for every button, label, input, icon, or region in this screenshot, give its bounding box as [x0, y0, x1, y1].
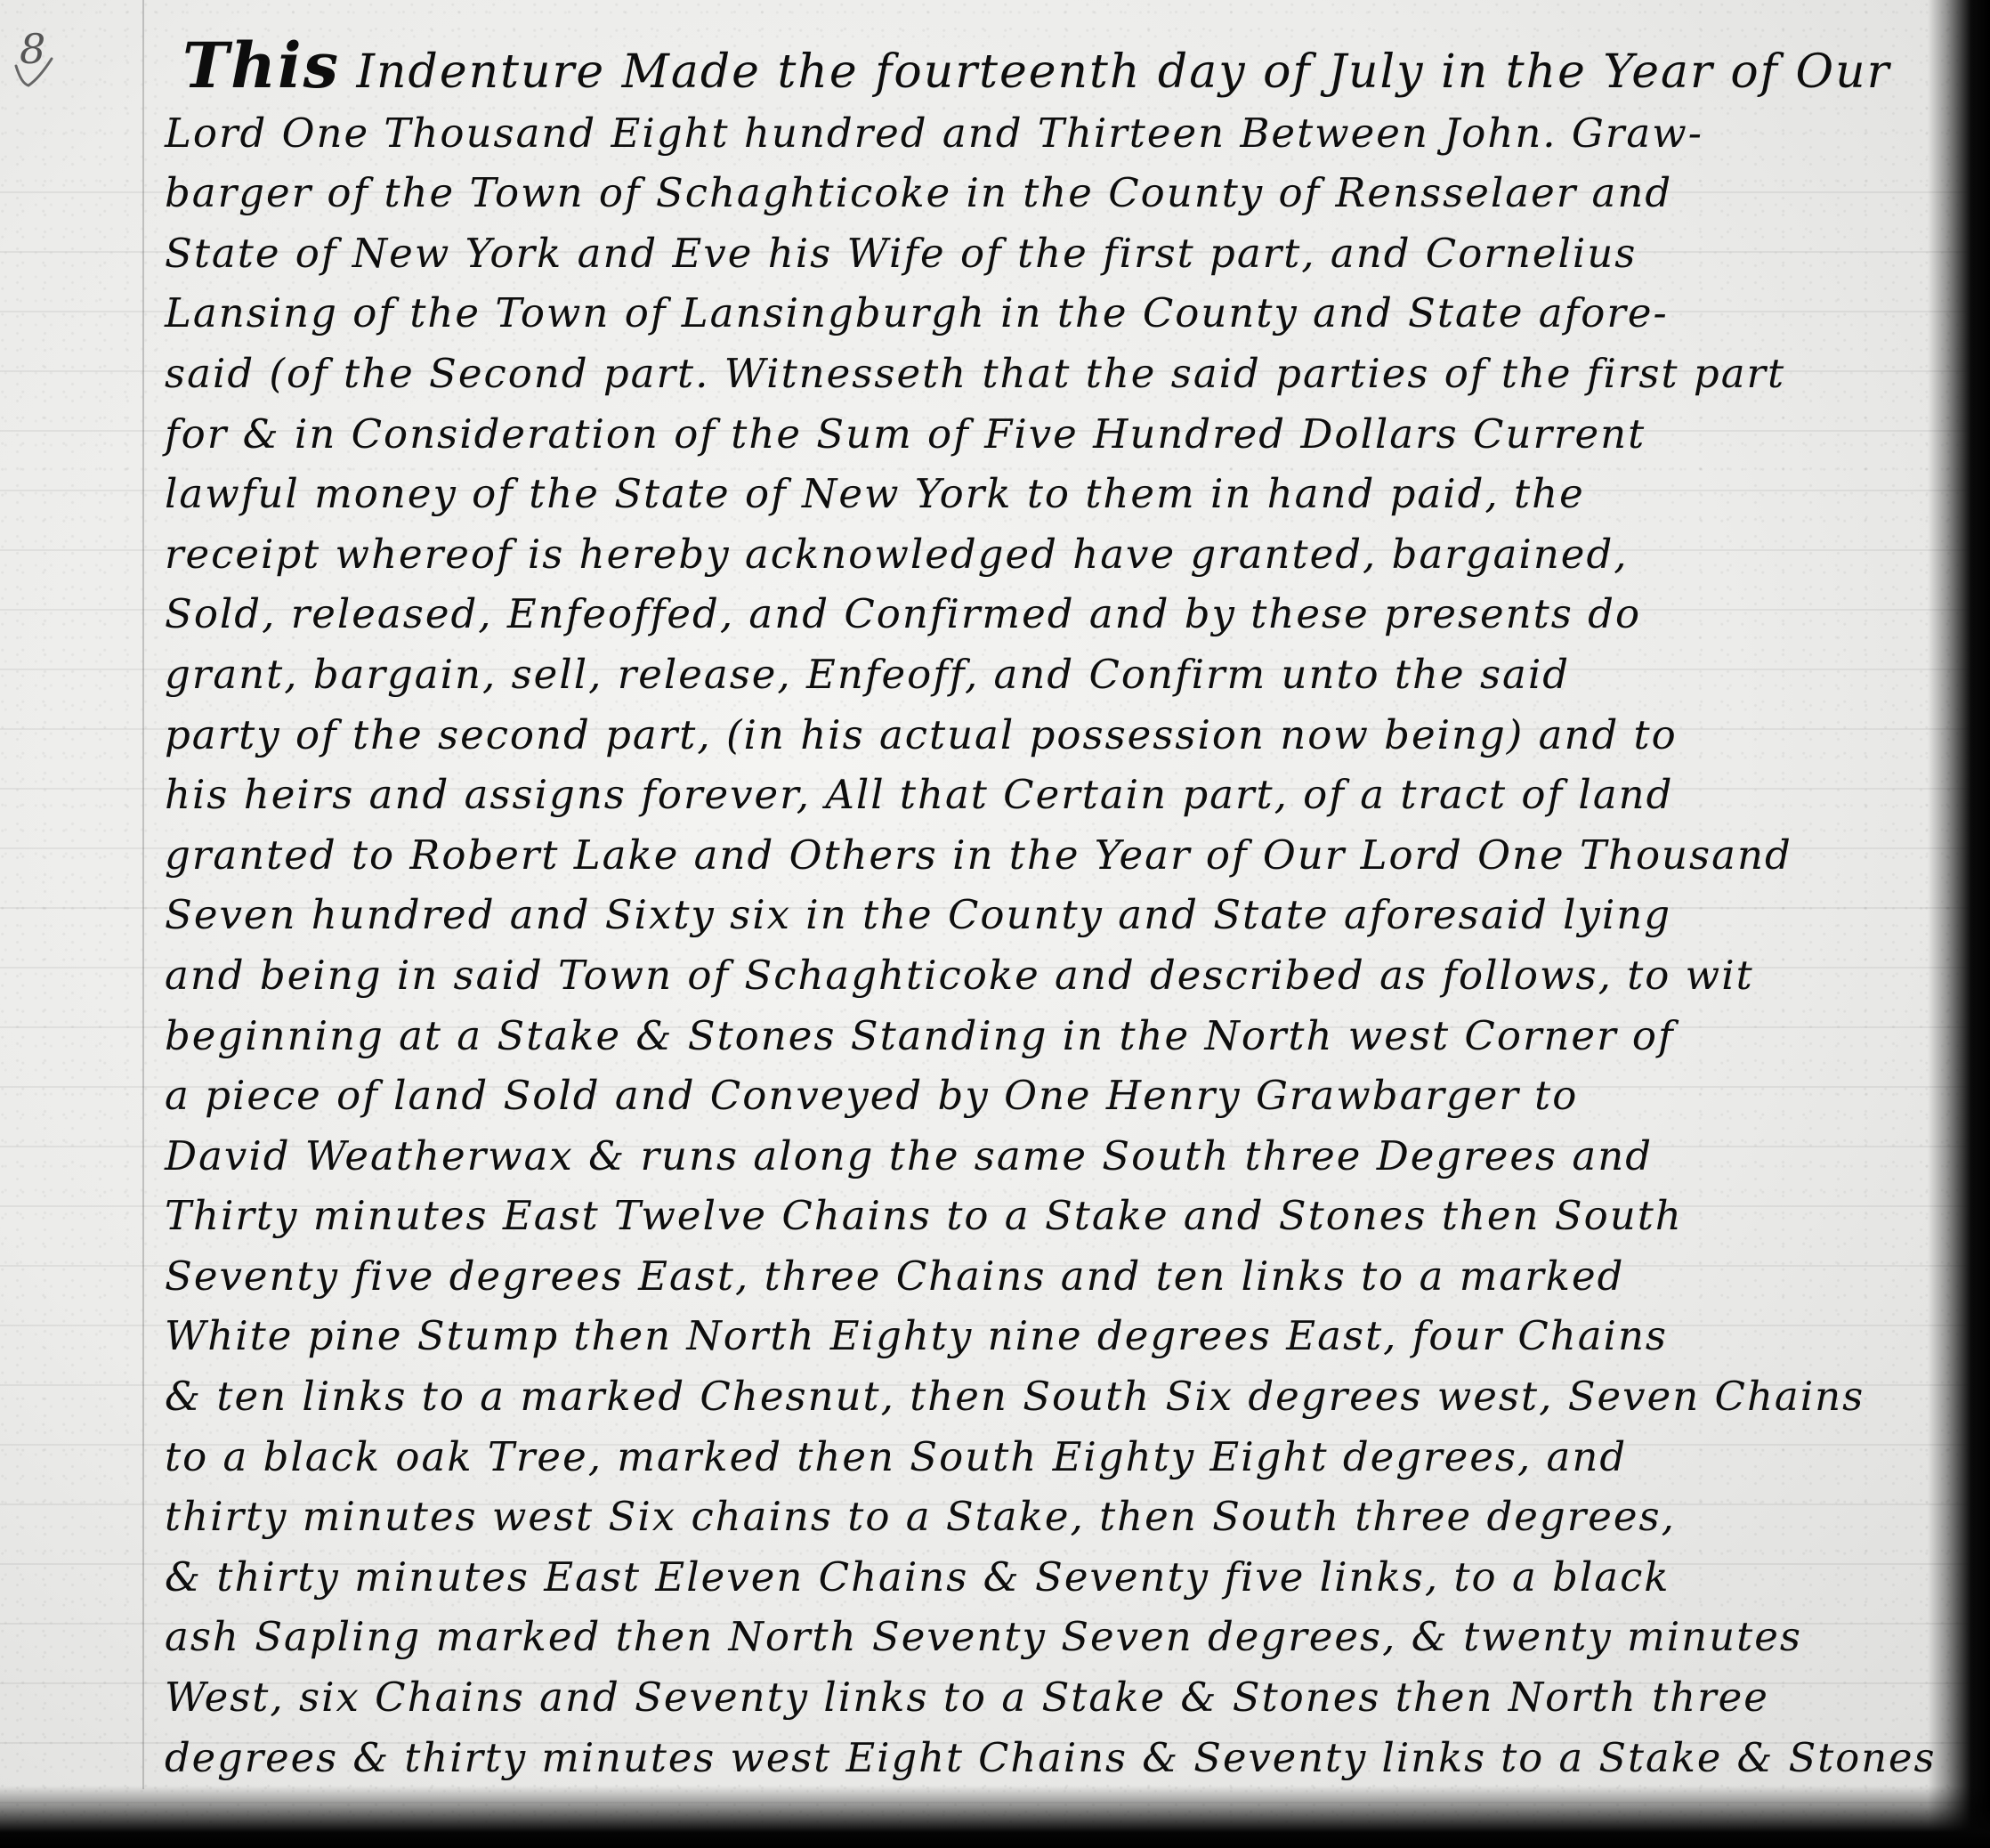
deed-line-text: Indenture Made the fourteenth day of Jul… — [340, 45, 1890, 99]
deed-line: receipt whereof is hereby acknowledged h… — [165, 524, 1936, 585]
deed-line: degrees & thirty minutes west Eight Chai… — [165, 1728, 1927, 1788]
deed-text: This Indenture Made the fourteenth day o… — [165, 36, 1936, 1787]
deed-line: his heirs and assigns forever, All that … — [165, 765, 1936, 825]
deed-line: David Weatherwax & runs along the same S… — [165, 1126, 1936, 1187]
deed-line: and being in said Town of Schaghticoke a… — [165, 945, 1936, 1006]
deed-line: Thirty minutes East Twelve Chains to a S… — [165, 1186, 1936, 1246]
deed-line: & thirty minutes East Eleven Chains & Se… — [165, 1547, 1936, 1608]
deed-line: a piece of land Sold and Conveyed by One… — [165, 1066, 1936, 1126]
deed-line: White pine Stump then North Eighty nine … — [165, 1306, 1936, 1366]
check-mark-icon — [12, 53, 57, 89]
deed-line: Sold, released, Enfeoffed, and Confirmed… — [165, 584, 1936, 644]
book-binding-edge — [1928, 0, 1990, 1848]
deed-line: Lansing of the Town of Lansingburgh in t… — [165, 283, 1936, 344]
deed-line: Seventy five degrees East, three Chains … — [165, 1246, 1936, 1307]
deed-line: This Indenture Made the fourteenth day o… — [165, 36, 1936, 103]
deed-line: said (of the Second part. Witnesseth tha… — [165, 344, 1936, 404]
deed-line: grant, bargain, sell, release, Enfeoff, … — [165, 644, 1936, 705]
deed-line: Seven hundred and Sixty six in the Count… — [165, 885, 1936, 945]
deed-line: beginning at a Stake & Stones Standing i… — [165, 1006, 1936, 1066]
document-page: 8 This Indenture Made the fourteenth day… — [0, 0, 1990, 1848]
deed-line: to a black oak Tree, marked then South E… — [165, 1427, 1936, 1487]
deed-line: thirty minutes west Six chains to a Stak… — [165, 1487, 1936, 1547]
page-bottom-edge — [0, 1786, 1990, 1848]
opening-word: This — [182, 28, 340, 102]
deed-line: granted to Robert Lake and Others in the… — [165, 825, 1936, 886]
deed-line: & ten links to a marked Chesnut, then So… — [165, 1366, 1936, 1427]
deed-line: State of New York and Eve his Wife of th… — [165, 223, 1936, 284]
deed-line: Lord One Thousand Eight hundred and Thir… — [165, 103, 1936, 164]
deed-line: ash Sapling marked then North Seventy Se… — [165, 1607, 1936, 1667]
margin-rule — [142, 0, 144, 1789]
deed-line: for & in Consideration of the Sum of Fiv… — [165, 404, 1936, 465]
deed-line: party of the second part, (in his actual… — [165, 705, 1936, 766]
deed-line: barger of the Town of Schaghticoke in th… — [165, 163, 1936, 223]
deed-line: West, six Chains and Seventy links to a … — [165, 1667, 1936, 1728]
deed-line: lawful money of the State of New York to… — [165, 464, 1936, 524]
